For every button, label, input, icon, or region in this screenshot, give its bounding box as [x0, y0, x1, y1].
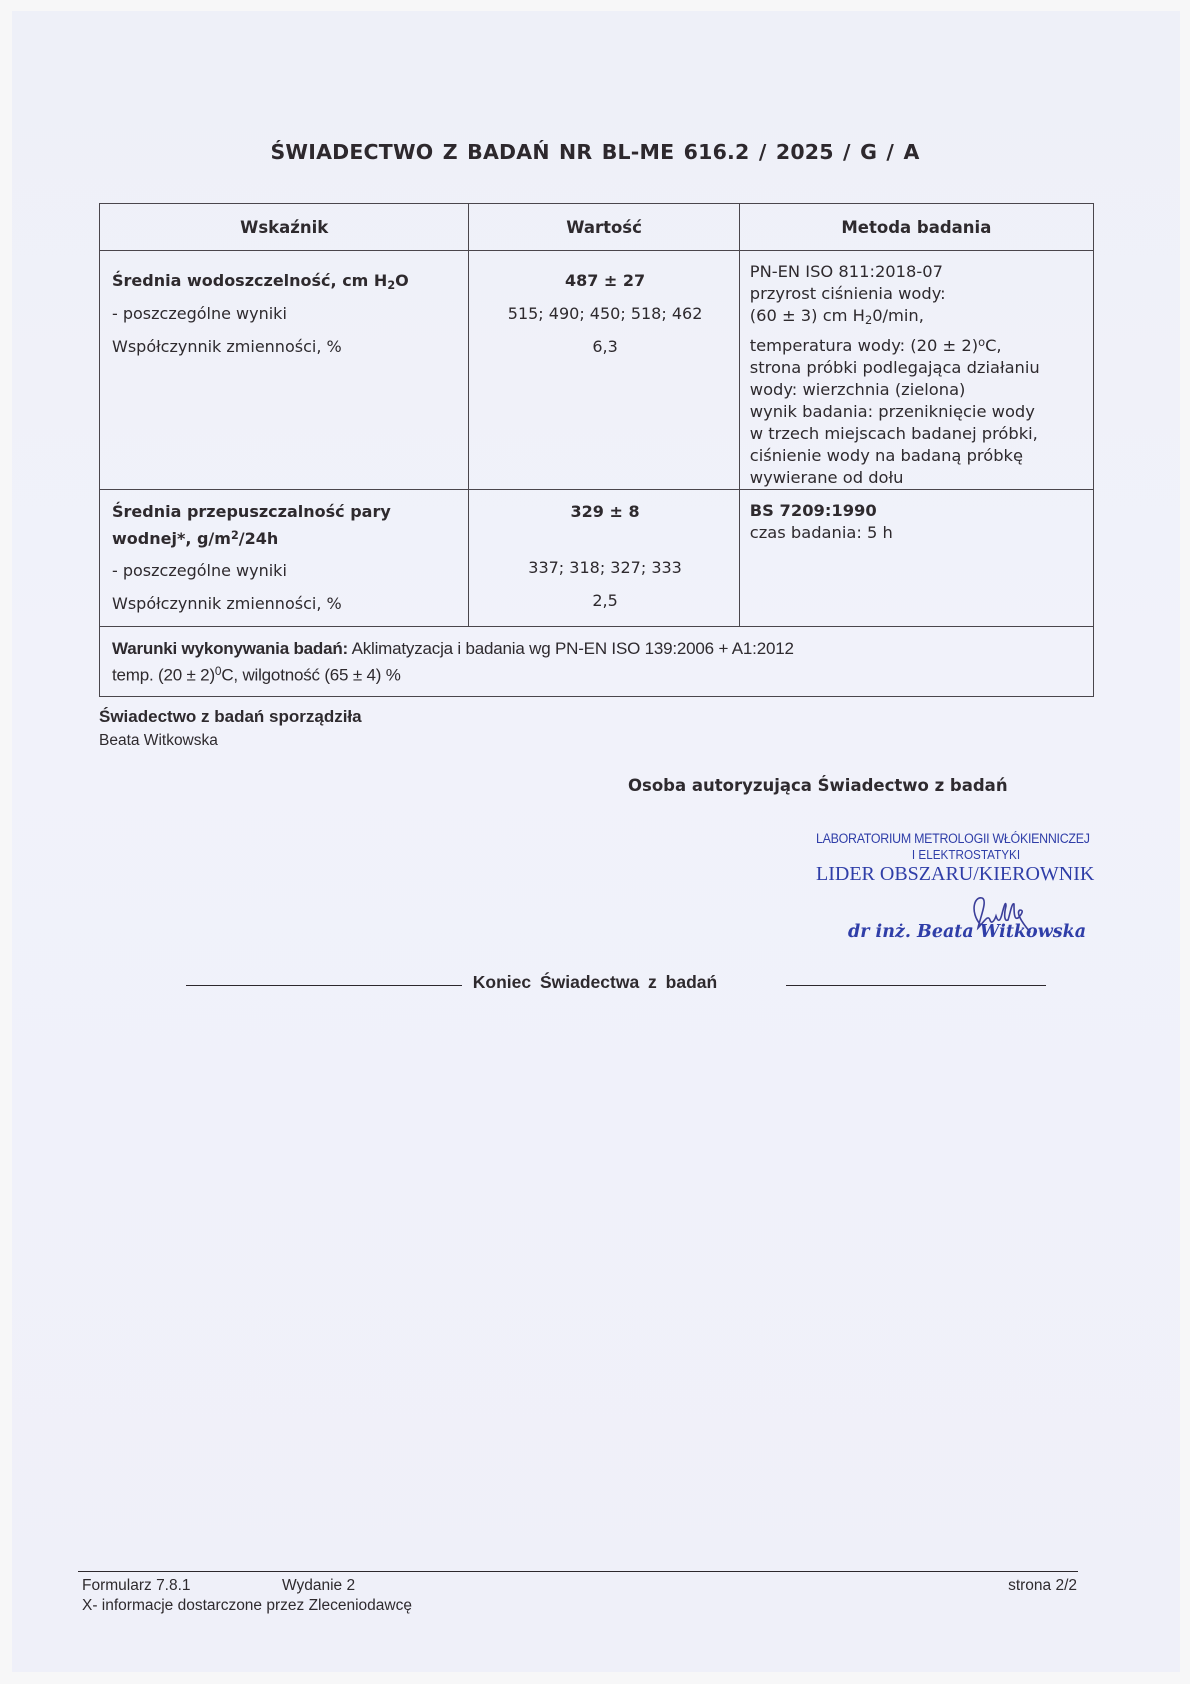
method-cell: BS 7209:1990 czas badania: 5 h — [739, 489, 1093, 626]
indicator-main: Średnia wodoszczelność, cm H2O — [112, 264, 458, 297]
value-cell: 487 ± 27 515; 490; 450; 518; 462 6,3 — [469, 251, 739, 490]
results-table: Wskaźnik Wartość Metoda badania Średnia … — [99, 203, 1094, 697]
method-cell: PN-EN ISO 811:2018-07 przyrost ciśnienia… — [739, 251, 1093, 490]
prepared-by: Świadectwo z badań sporządziła Beata Wit… — [99, 707, 362, 750]
document-title: ŚWIADECTWO Z BADAŃ NR BL-ME 616.2 / 2025… — [0, 140, 1190, 164]
value-individual: 515; 490; 450; 518; 462 — [481, 297, 728, 330]
stamp-lab-name: LABORATORIUM METROLOGII WŁÓKIENNICZEJ — [816, 831, 1092, 846]
header-method: Metoda badania — [739, 204, 1093, 251]
value-cv: 2,5 — [481, 584, 728, 617]
lab-stamp: LABORATORIUM METROLOGII WŁÓKIENNICZEJ I … — [816, 831, 1116, 886]
conditions-cell: Warunki wykonywania badań: Aklimatyzacja… — [100, 626, 1094, 696]
table-header-row: Wskaźnik Wartość Metoda badania — [100, 204, 1094, 251]
indicator-individual-label: - poszczególne wyniki — [112, 554, 458, 587]
table-row: Średnia wodoszczelność, cm H2O - poszcze… — [100, 251, 1094, 490]
method-line: ciśnienie wody na badaną próbkę — [750, 445, 1085, 467]
footer: Formularz 7.8.1 Wydanie 2 strona 2/2 X- … — [82, 1576, 1077, 1616]
indicator-cell: Średnia wodoszczelność, cm H2O - poszcze… — [100, 251, 469, 490]
table-row: Średnia przepuszczalność pary wodnej*, g… — [100, 489, 1094, 626]
stamp-role: LIDER OBSZARU/KIEROWNIK — [816, 863, 1116, 886]
method-line: wody: wierzchnia (zielona) — [750, 379, 1085, 401]
footer-note: X- informacje dostarczone przez Zlecenio… — [82, 1596, 1077, 1616]
indicator-individual-label: - poszczególne wyniki — [112, 297, 458, 330]
footer-form-number: Formularz 7.8.1 — [82, 1576, 282, 1596]
indicator-cv-label: Współczynnik zmienności, % — [112, 587, 458, 620]
header-value: Wartość — [469, 204, 739, 251]
value-individual: 337; 318; 327; 333 — [481, 551, 728, 584]
method-line: strona próbki podlegająca działaniu — [750, 357, 1085, 379]
conditions-row: Warunki wykonywania badań: Aklimatyzacja… — [100, 626, 1094, 696]
method-line: (60 ± 3) cm H20/min, — [750, 305, 1085, 331]
method-line: wynik badania: przeniknięcie wody — [750, 401, 1085, 423]
method-line: przyrost ciśnienia wody: — [750, 283, 1085, 305]
method-standard: BS 7209:1990 — [750, 500, 1085, 522]
indicator-main: Średnia przepuszczalność pary wodnej*, g… — [112, 500, 458, 551]
footer-divider — [78, 1571, 1078, 1572]
indicator-cv-label: Współczynnik zmienności, % — [112, 330, 458, 363]
header-indicator: Wskaźnik — [100, 204, 469, 251]
prepared-by-label: Świadectwo z badań sporządziła — [99, 707, 362, 727]
value-cell: 329 ± 8 337; 318; 327; 333 2,5 — [469, 489, 739, 626]
footer-edition: Wydanie 2 — [282, 1576, 987, 1596]
method-line: temperatura wody: (20 ± 2)oC, — [750, 331, 1085, 357]
signer-name: dr inż. Beata Witkowska — [848, 922, 1086, 942]
value-cv: 6,3 — [481, 330, 728, 363]
stamp-lab-name-2: I ELEKTROSTATYKI — [831, 847, 1101, 862]
end-divider-right — [786, 985, 1046, 986]
indicator-cell: Średnia przepuszczalność pary wodnej*, g… — [100, 489, 469, 626]
footer-page-number: strona 2/2 — [987, 1576, 1077, 1596]
end-of-certificate: Koniec Świadectwa z badań — [0, 972, 1190, 993]
value-mean: 329 ± 8 — [481, 500, 728, 524]
prepared-by-name: Beata Witkowska — [99, 732, 362, 750]
method-line: w trzech miejscach badanej próbki, — [750, 423, 1085, 445]
authorizer-label: Osoba autoryzująca Świadectwo z badań — [628, 776, 1008, 795]
conditions-text: Aklimatyzacja i badania wg PN-EN ISO 139… — [348, 639, 794, 658]
method-line: wywierane od dołu — [750, 467, 1085, 489]
conditions-label: Warunki wykonywania badań: — [112, 639, 348, 658]
method-duration: czas badania: 5 h — [750, 522, 1085, 544]
method-standard: PN-EN ISO 811:2018-07 — [750, 261, 1085, 283]
value-mean: 487 ± 27 — [481, 264, 728, 297]
conditions-climate: temp. (20 ± 2)0C, wilgotność (65 ± 4) % — [112, 660, 1081, 686]
